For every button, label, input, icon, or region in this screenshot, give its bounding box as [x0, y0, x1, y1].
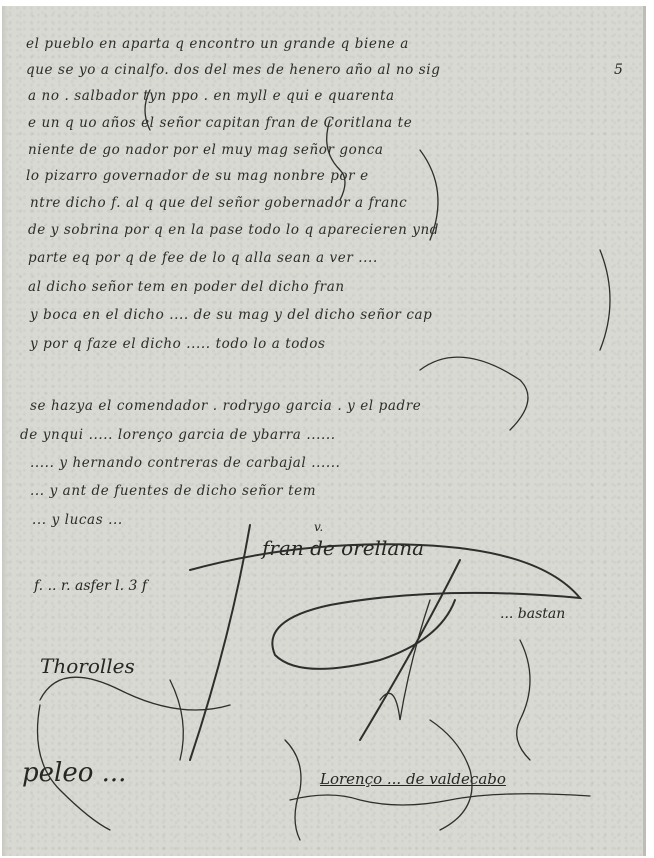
marginal-note-top-right: 5	[614, 62, 623, 78]
manuscript-line-7: ntre dicho f. al q que del señor goberna…	[30, 195, 407, 211]
manuscript-line-10: al dicho señor tem en poder del dicho fr…	[28, 279, 345, 295]
marginal-note-v: v.	[314, 520, 323, 534]
manuscript-line-2: que se yo a cinalfo. dos del mes de hene…	[26, 62, 440, 78]
manuscript-line-14: de ynqui ..... lorenço garcia de ybarra …	[20, 427, 336, 443]
manuscript-line-3: a no . salbador tyn ppo . en myll e qui …	[28, 88, 395, 104]
signature-left-upper: f. .. r. asfer l. 3 f	[34, 578, 147, 594]
manuscript-line-13: se hazya el comendador . rodrygo garcia …	[30, 398, 421, 414]
signature-bastan: ... bastan	[500, 606, 565, 622]
manuscript-line-1: el pueblo en aparta q encontro un grande…	[26, 36, 409, 52]
manuscript-line-5: niente de go nador por el muy mag señor …	[28, 142, 384, 158]
signature-peleo: peleo ...	[22, 758, 126, 788]
signature-fran-de-orellana: fran de orellana	[262, 536, 424, 560]
manuscript-line-16: ... y ant de fuentes de dicho señor tem	[30, 483, 316, 499]
manuscript-line-15: ..... y hernando contreras de carbajal .…	[30, 455, 341, 471]
manuscript-line-4: e un q uo años el señor capitan fran de …	[28, 115, 412, 131]
signature-valdecabo: Lorenço ... de valdecabo	[320, 770, 506, 788]
manuscript-line-17: ... y lucas ...	[32, 512, 123, 528]
signature-thorolles: Thorolles	[40, 654, 135, 678]
manuscript-line-12: y por q faze el dicho ..... todo lo a to…	[30, 336, 326, 352]
manuscript-line-9: parte eq por q de fee de lo q alla sean …	[28, 250, 378, 266]
manuscript-line-6: lo pizarro governador de su mag nonbre p…	[26, 168, 369, 184]
manuscript-line-8: de y sobrina por q en la pase todo lo q …	[28, 222, 439, 238]
page-edge	[2, 6, 8, 856]
manuscript-line-11: y boca en el dicho .... de su mag y del …	[30, 307, 432, 323]
